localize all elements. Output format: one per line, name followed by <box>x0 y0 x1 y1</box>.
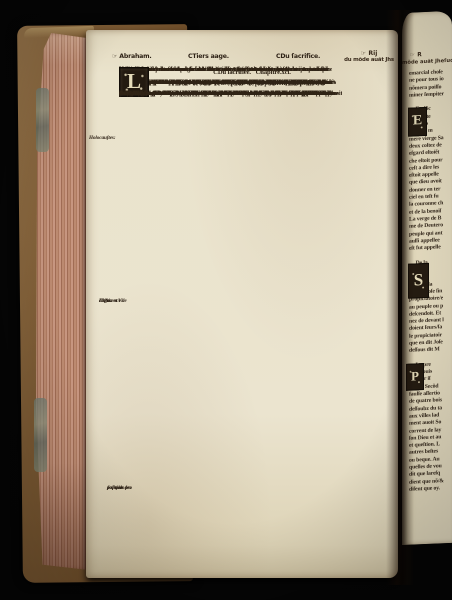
text-line: diſent que oy. <box>409 485 452 494</box>
left-page: ☞ Abraham. CTiers aage. CDu ſacrifice. ☞… <box>86 30 398 578</box>
fore-edge-marble-patch <box>34 398 47 472</box>
text-column: cheoient a terre il neſt doubteux & ince… <box>119 66 385 526</box>
running-header-chapter: CDu ſacrifice. <box>276 52 320 61</box>
book-photograph: ☞ Abraham. CTiers aage. CDu ſacrifice. ☞… <box>0 0 452 600</box>
text-line: ctima. <box>99 299 112 305</box>
text-line: et les miſſent & oſtaſſent deſſus la tab… <box>119 90 326 98</box>
gutter-shadow <box>386 10 414 585</box>
text-line: ſes ennemys/lautre eſtoit nõme Victima/&… <box>119 79 322 87</box>
running-header-age: CTiers aage. <box>188 52 229 61</box>
fore-edge-marble-patch <box>36 88 49 152</box>
running-header-section: ☞ Abraham. <box>112 52 152 61</box>
text-line: Holocauſtes: <box>89 136 115 142</box>
